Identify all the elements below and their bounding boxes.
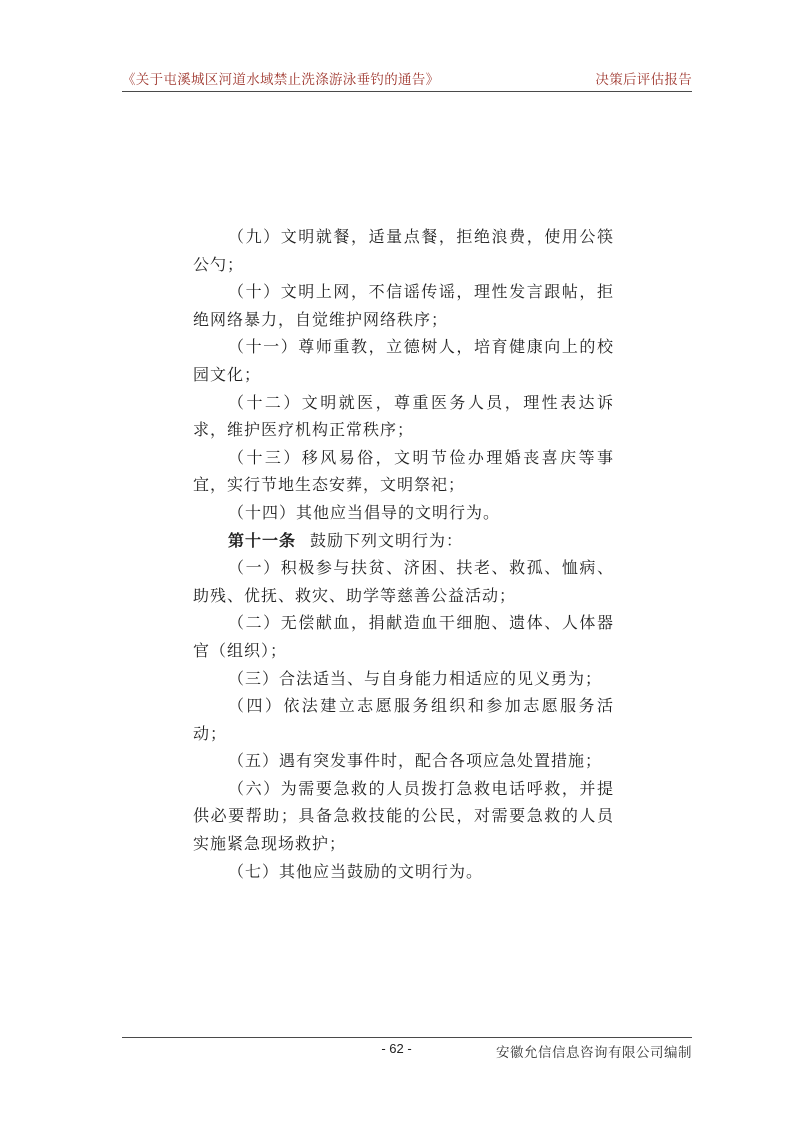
paragraph: （十一）尊师重教，立德树人，培育健康向上的校园文化； [193, 334, 614, 389]
document-body: （九）文明就餐，适量点餐，拒绝浪费，使用公筷公勺； （十）文明上网，不信谣传谣，… [193, 224, 614, 886]
paragraph: （一）积极参与扶贫、济困、扶老、救孤、恤病、助残、优抚、救灾、助学等慈善公益活动… [193, 555, 614, 610]
footer-publisher: 安徽允信信息咨询有限公司编制 [122, 1041, 692, 1061]
clause-number: 第十一条 [228, 533, 296, 550]
paragraph: （十）文明上网，不信谣传谣，理性发言跟帖，拒绝网络暴力，自觉维护网络秩序； [193, 279, 614, 334]
paragraph-text: （三）合法适当、与自身能力相适应的见义勇为； [228, 671, 602, 688]
paragraph-text: 鼓励下列文明行为： [310, 533, 463, 550]
paragraph-text: （十三）移风易俗，文明节俭办理婚丧喜庆等事宜，实行节地生态安葬，文明祭祀； [193, 450, 614, 495]
paragraph-text: （十）文明上网，不信谣传谣，理性发言跟帖，拒绝网络暴力，自觉维护网络秩序； [193, 284, 614, 329]
paragraph-text: （二）无偿献血，捐献造血干细胞、遗体、人体器官（组织）； [193, 615, 614, 660]
paragraph: （四）依法建立志愿服务组织和参加志愿服务活动； [193, 693, 614, 748]
paragraph: （十二）文明就医，尊重医务人员，理性表达诉求，维护医疗机构正常秩序； [193, 390, 614, 445]
paragraph-text: （十四）其他应当倡导的文明行为。 [228, 505, 500, 522]
header-report-label: 决策后评估报告 [595, 68, 692, 88]
document-page: 《关于屯溪城区河道水域禁止洗涤游泳垂钓的通告》 决策后评估报告 （九）文明就餐，… [0, 0, 793, 1122]
paragraph-text: （一）积极参与扶贫、济困、扶老、救孤、恤病、助残、优抚、救灾、助学等慈善公益活动… [193, 560, 614, 605]
paragraph: （十四）其他应当倡导的文明行为。 [193, 500, 614, 528]
header-document-title: 《关于屯溪城区河道水域禁止洗涤游泳垂钓的通告》 [122, 68, 439, 88]
paragraph: （六）为需要急救的人员拨打急救电话呼救，并提供必要帮助；具备急救技能的公民，对需… [193, 776, 614, 859]
paragraph: （二）无偿献血，捐献造血干细胞、遗体、人体器官（组织）； [193, 610, 614, 665]
paragraph-text: （五）遇有突发事件时，配合各项应急处置措施； [228, 753, 602, 770]
paragraph: （五）遇有突发事件时，配合各项应急处置措施； [193, 748, 614, 776]
paragraph: （九）文明就餐，适量点餐，拒绝浪费，使用公筷公勺； [193, 224, 614, 279]
page-header: 《关于屯溪城区河道水域禁止洗涤游泳垂钓的通告》 决策后评估报告 [122, 68, 692, 92]
paragraph-text: （十二）文明就医，尊重医务人员，理性表达诉求，维护医疗机构正常秩序； [193, 395, 614, 440]
paragraph: （三）合法适当、与自身能力相适应的见义勇为； [193, 666, 614, 694]
paragraph: （七）其他应当鼓励的文明行为。 [193, 859, 614, 887]
paragraph-text: （七）其他应当鼓励的文明行为。 [228, 864, 483, 881]
paragraph-text: （四）依法建立志愿服务组织和参加志愿服务活动； [193, 698, 614, 743]
paragraph-text: （六）为需要急救的人员拨打急救电话呼救，并提供必要帮助；具备急救技能的公民，对需… [193, 781, 614, 853]
paragraph-text: （十一）尊师重教，立德树人，培育健康向上的校园文化； [193, 339, 614, 384]
paragraph: （十三）移风易俗，文明节俭办理婚丧喜庆等事宜，实行节地生态安葬，文明祭祀； [193, 445, 614, 500]
paragraph-article-11: 第十一条鼓励下列文明行为： [193, 528, 614, 556]
footer-rule [122, 1037, 692, 1038]
paragraph-text: （九）文明就餐，适量点餐，拒绝浪费，使用公筷公勺； [193, 229, 614, 274]
